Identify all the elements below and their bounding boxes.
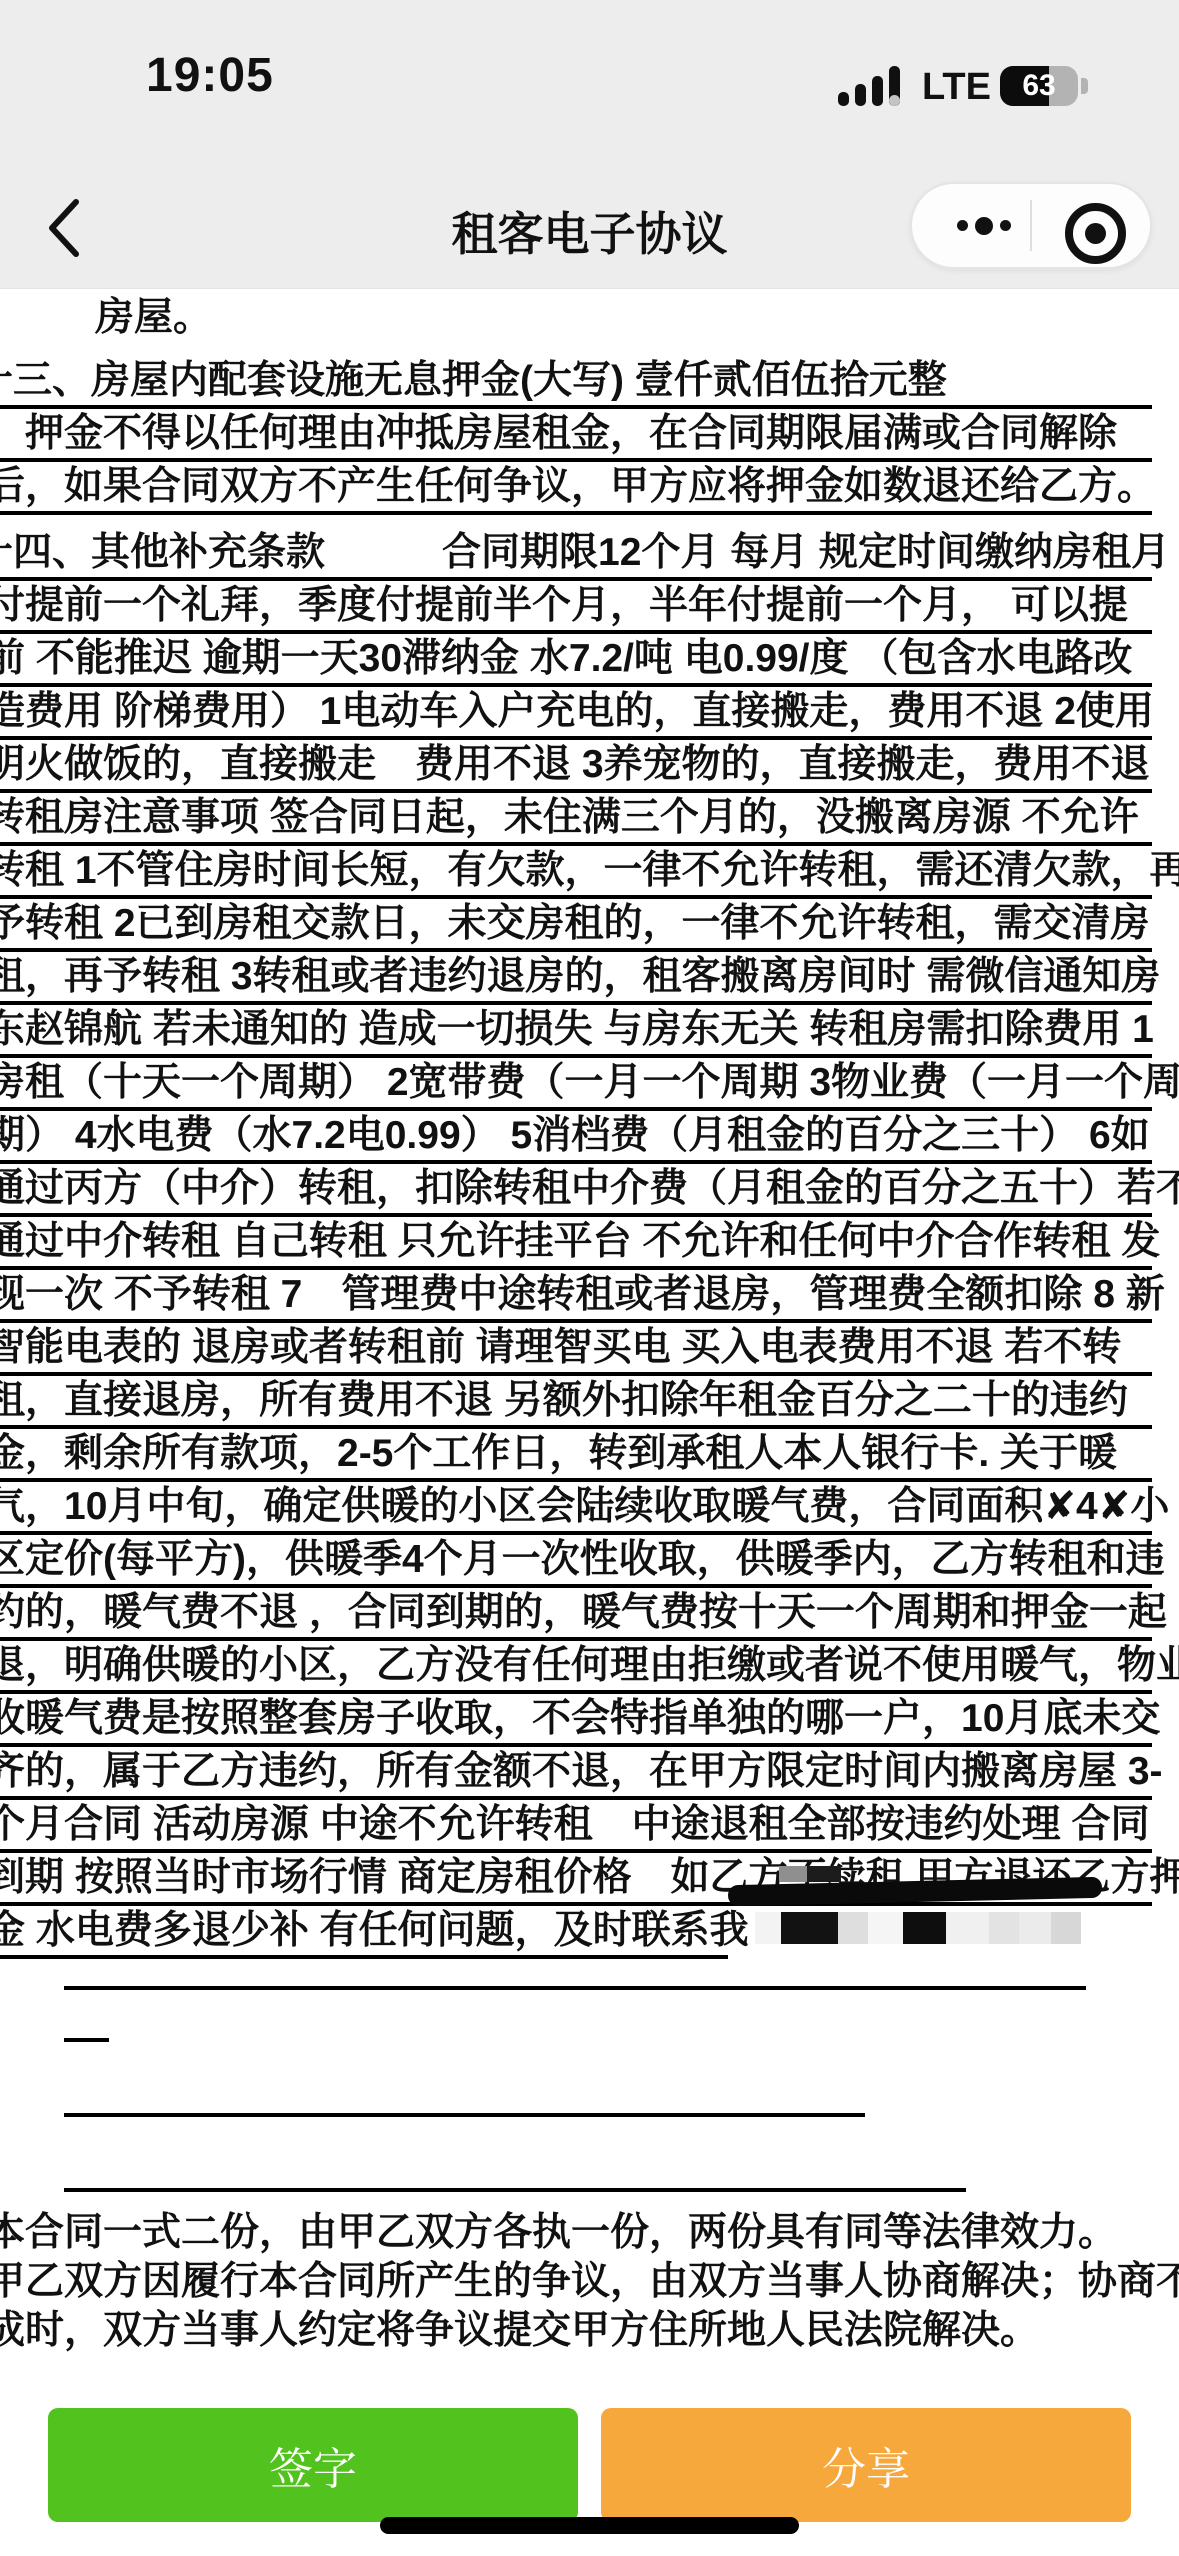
redaction-mosaic (946, 1912, 989, 1944)
contract-line: 期） 4水电费（水7.2电0.99） 5消档费（月租金的百分之三十） 6如 (0, 1111, 1152, 1164)
contract-line: ，押金不得以任何理由冲抵房屋租金，在合同期限届满或合同解除 (0, 409, 1152, 462)
contract-line: 个月合同 活动房源 中途不允许转租 中途退租全部按违约处理 合同 (0, 1800, 1152, 1853)
contract-line: 予转租 2已到房租交款日，未交房租的，一律不允许转租，需交清房 (0, 899, 1152, 952)
redaction-mosaic (903, 1912, 946, 1944)
contract-line: 转租 1不管住房时间长短，有欠款，一律不允许转租，需还清欠款，再 (0, 846, 1152, 899)
redaction-mosaic (1051, 1912, 1081, 1944)
redaction-mosaic (868, 1912, 903, 1944)
contract-line: 齐的，属于乙方违约，所有金额不退，在甲方限定时间内搬离房屋 3- (0, 1747, 1152, 1800)
battery-nub (1081, 78, 1088, 94)
contract-line: 退，明确供暖的小区，乙方没有任何理由拒缴或者说不使用暖气，物业 (0, 1641, 1152, 1694)
contract-line: 现一次 不予转租 7 管理费中途转租或者退房，管理费全额扣除 8 新 (0, 1270, 1152, 1323)
contract-line: 约的，暖气费不退 ，合同到期的，暖气费按十天一个周期和押金一起 (0, 1588, 1152, 1641)
cellular-signal-icon (838, 64, 908, 106)
partial-underline (0, 1955, 728, 1959)
paragraph-legal-footer: 本合同一式二份，由甲乙双方各执一份，两份具有同等法律效力。 甲乙双方因履行本合同… (0, 2208, 1179, 2355)
contract-line: 甲乙双方因履行本合同所产生的争议，由双方当事人协商解决；协商不 (0, 2257, 1152, 2306)
contract-line: 气，10月中旬，确定供暖的小区会陆续收取暖气费，合同面积✘4✘小 (0, 1482, 1152, 1535)
redaction-mosaic (1019, 1912, 1051, 1944)
contract-line: 通过丙方（中介）转租，扣除转租中介费（月租金的百分之五十）若不 (0, 1164, 1152, 1217)
battery-icon: 63 (1000, 66, 1078, 106)
contract-line: 租，再予转租 3转租或者违约退房的，租客搬离房间时 需微信通知房 (0, 952, 1152, 1005)
contract-line: 造费用 阶梯费用） 1电动车入户充电的，直接搬走，费用不退 2使用 (0, 687, 1152, 740)
status-time: 19:05 (146, 48, 274, 103)
contract-line: 十三、房屋内配套设施无息押金(大写) 壹仟贰佰伍拾元整 (0, 356, 1152, 409)
network-type-label: LTE (922, 66, 991, 109)
blank-rule-line (64, 2113, 865, 2117)
contract-line: 通过中介转租 自己转租 只允许挂平台 不允许和任何中介合作转租 发 (0, 1217, 1152, 1270)
contract-line: 金，剩余所有款项，2-5个工作日，转到承租人本人银行卡. 关于暖 (0, 1429, 1152, 1482)
contract-line: 成时，双方当事人约定将争议提交甲方住所地人民法院解决。 (0, 2306, 1152, 2355)
contract-line: 收暖气费是按照整套房子收取，不会特指单独的哪一户，10月底未交 (0, 1694, 1152, 1747)
close-circle-icon[interactable] (1065, 203, 1126, 264)
redaction-mosaic (807, 1866, 841, 1882)
paragraph-intro: 房屋。 (0, 293, 1179, 342)
blank-rule-line (64, 2038, 109, 2042)
paragraph-clause-14: 十四、其他补充条款 合同期限12个月 每月 规定时间缴纳房租月 付提前一个礼拜，… (0, 528, 1179, 1959)
battery-percent: 63 (1000, 69, 1078, 103)
contract-line: 前 不能推迟 逾期一天30滞纳金 水7.2/吨 电0.99/度 （包含水电路改 (0, 634, 1152, 687)
redaction-mosaic (779, 1866, 807, 1882)
redaction-mosaic (989, 1912, 1019, 1944)
miniprogram-capsule (910, 182, 1152, 269)
contract-line: 本合同一式二份，由甲乙双方各执一份，两份具有同等法律效力。 (0, 2208, 1152, 2257)
redaction-mosaic (838, 1912, 868, 1944)
phone-screen: 19:05 LTE 63 租客电子协议 房屋。 十三 (0, 0, 1179, 2556)
more-options-icon[interactable] (938, 184, 1030, 267)
blank-rule-line (64, 2188, 966, 2192)
contract-line: 转租房注意事项 签合同日起，未住满三个月的，没搬离房源 不允许 (0, 793, 1152, 846)
contract-line: 租，直接退房，所有费用不退 另额外扣除年租金百分之二十的违约 (0, 1376, 1152, 1429)
contract-line: 房屋。 (95, 293, 1095, 342)
contract-line: 房租（十天一个周期） 2宽带费（一月一个周期 3物业费（一月一个周 (0, 1058, 1152, 1111)
home-indicator[interactable] (380, 2517, 799, 2534)
contract-line: 明火做饭的，直接搬走 费用不退 3养宠物的，直接搬走，费用不退 (0, 740, 1152, 793)
header-bar: 19:05 LTE 63 租客电子协议 (0, 0, 1179, 289)
contract-line: 后，如果合同双方不产生任何争议，甲方应将押金如数退还给乙方。 (0, 462, 1152, 515)
contract-line: 十四、其他补充条款 合同期限12个月 每月 规定时间缴纳房租月 (0, 528, 1152, 581)
capsule-divider (1030, 200, 1032, 251)
contract-document[interactable]: 房屋。 十三、房屋内配套设施无息押金(大写) 壹仟贰佰伍拾元整 ，押金不得以任何… (0, 289, 1179, 2399)
share-button[interactable]: 分享 (601, 2408, 1131, 2522)
blank-rule-line (64, 1986, 1086, 1990)
contract-line: 东赵锦航 若未通知的 造成一切损失 与房东无关 转租房需扣除费用 1 (0, 1005, 1152, 1058)
contract-line: 付提前一个礼拜，季度付提前半个月，半年付提前一个月， 可以提 (0, 581, 1152, 634)
contract-line: 区定价(每平方)，供暖季4个月一次性收取，供暖季内，乙方转租和违 (0, 1535, 1152, 1588)
contract-line: 智能电表的 退房或者转租前 请理智买电 买入电表费用不退 若不转 (0, 1323, 1152, 1376)
redaction-mosaic (755, 1912, 781, 1944)
sign-button[interactable]: 签字 (48, 2408, 578, 2522)
paragraph-clause-13: 十三、房屋内配套设施无息押金(大写) 壹仟贰佰伍拾元整 ，押金不得以任何理由冲抵… (0, 356, 1179, 515)
redaction-mosaic (781, 1912, 838, 1944)
